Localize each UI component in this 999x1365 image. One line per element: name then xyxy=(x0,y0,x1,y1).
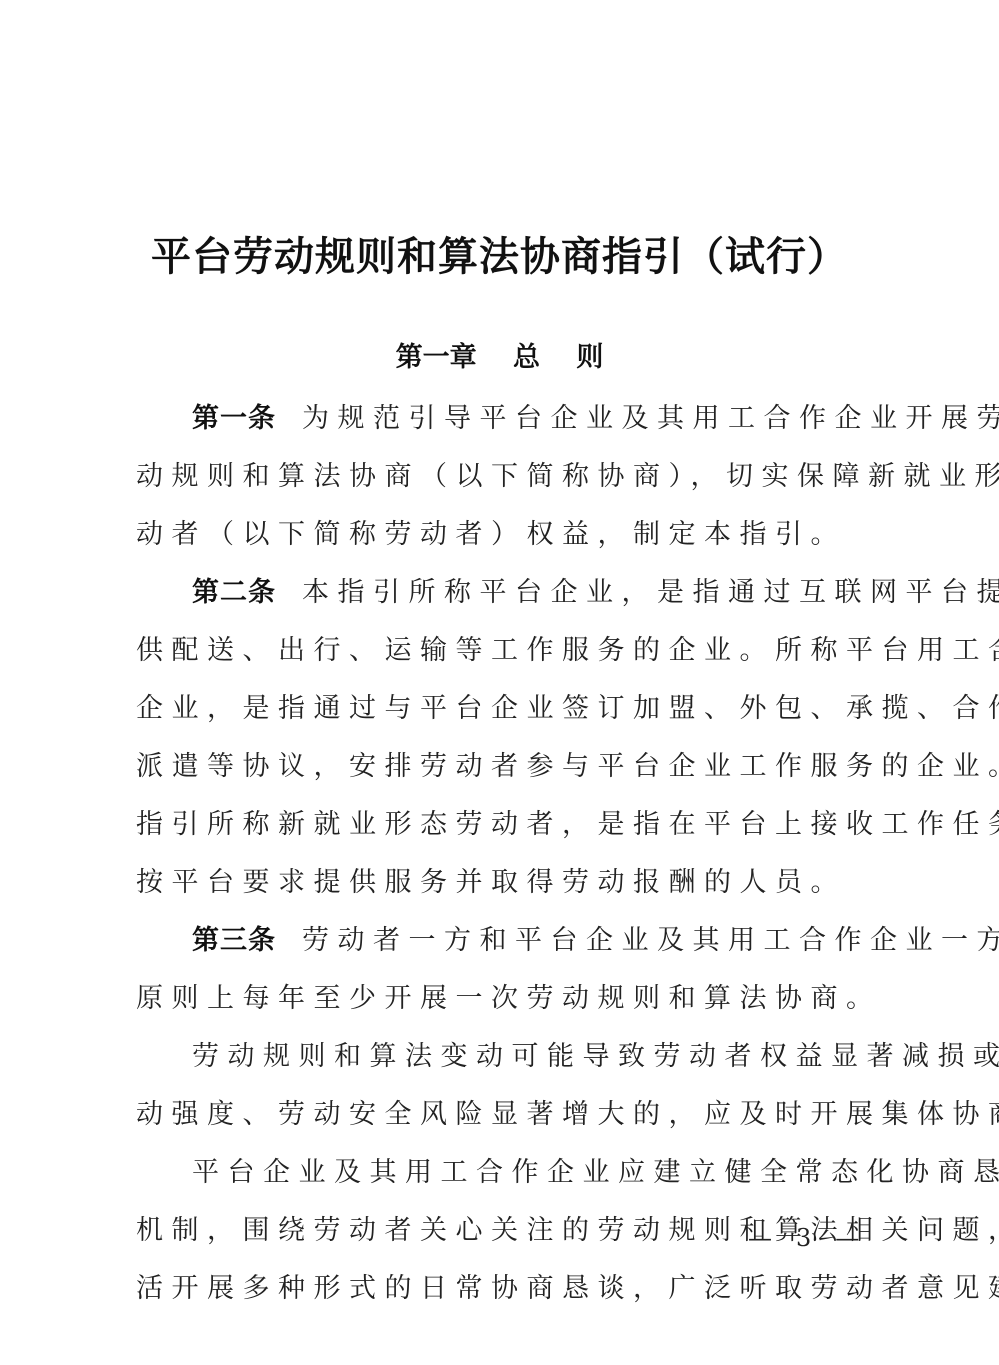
document-title: 平台劳动规则和算法协商指引（试行） xyxy=(0,232,999,282)
paragraph-2-line-1: 平台企业及其用工合作企业应建立健全常态化协商恳谈 xyxy=(136,1144,867,1202)
page-number: — 3 — xyxy=(748,1218,848,1253)
document-body: 第一条为规范引导平台企业及其用工合作企业开展劳 动规则和算法协商（以下简称协商）… xyxy=(136,390,867,1318)
article-2-line-3: 企业，是指通过与平台企业签订加盟、外包、承揽、合作、 xyxy=(136,680,867,738)
article-2-line-5: 指引所称新就业形态劳动者，是指在平台上接收工作任务， xyxy=(136,796,867,854)
chapter-heading: 第一章 总 则 xyxy=(0,338,999,378)
article-3-line-1: 第三条劳动者一方和平台企业及其用工合作企业一方 xyxy=(136,912,867,970)
article-2-line-1: 第二条本指引所称平台企业，是指通过互联网平台提 xyxy=(136,564,867,622)
article-2-line-2: 供配送、出行、运输等工作服务的企业。所称平台用工合作 xyxy=(136,622,867,680)
article-2-line-4: 派遣等协议，安排劳动者参与平台企业工作服务的企业。本 xyxy=(136,738,867,796)
article-1-label: 第一条 xyxy=(192,403,276,434)
article-1-line-3: 动者（以下简称劳动者）权益，制定本指引。 xyxy=(136,506,867,564)
article-2-label: 第二条 xyxy=(192,577,276,608)
paragraph-1-line-1: 劳动规则和算法变动可能导致劳动者权益显著减损或劳 xyxy=(136,1028,867,1086)
paragraph-1-line-2: 动强度、劳动安全风险显著增大的，应及时开展集体协商。 xyxy=(136,1086,867,1144)
article-3-line-2: 原则上每年至少开展一次劳动规则和算法协商。 xyxy=(136,970,867,1028)
article-1-line-1: 第一条为规范引导平台企业及其用工合作企业开展劳 xyxy=(136,390,867,448)
paragraph-2-line-3: 活开展多种形式的日常协商恳谈，广泛听取劳动者意见建议。 xyxy=(136,1260,867,1318)
article-1-line-2: 动规则和算法协商（以下简称协商），切实保障新就业形态劳 xyxy=(136,448,867,506)
article-3-label: 第三条 xyxy=(192,925,276,956)
document-page: 平台劳动规则和算法协商指引（试行） 第一章 总 则 第一条为规范引导平台企业及其… xyxy=(0,0,999,1365)
article-2-line-6: 按平台要求提供服务并取得劳动报酬的人员。 xyxy=(136,854,867,912)
